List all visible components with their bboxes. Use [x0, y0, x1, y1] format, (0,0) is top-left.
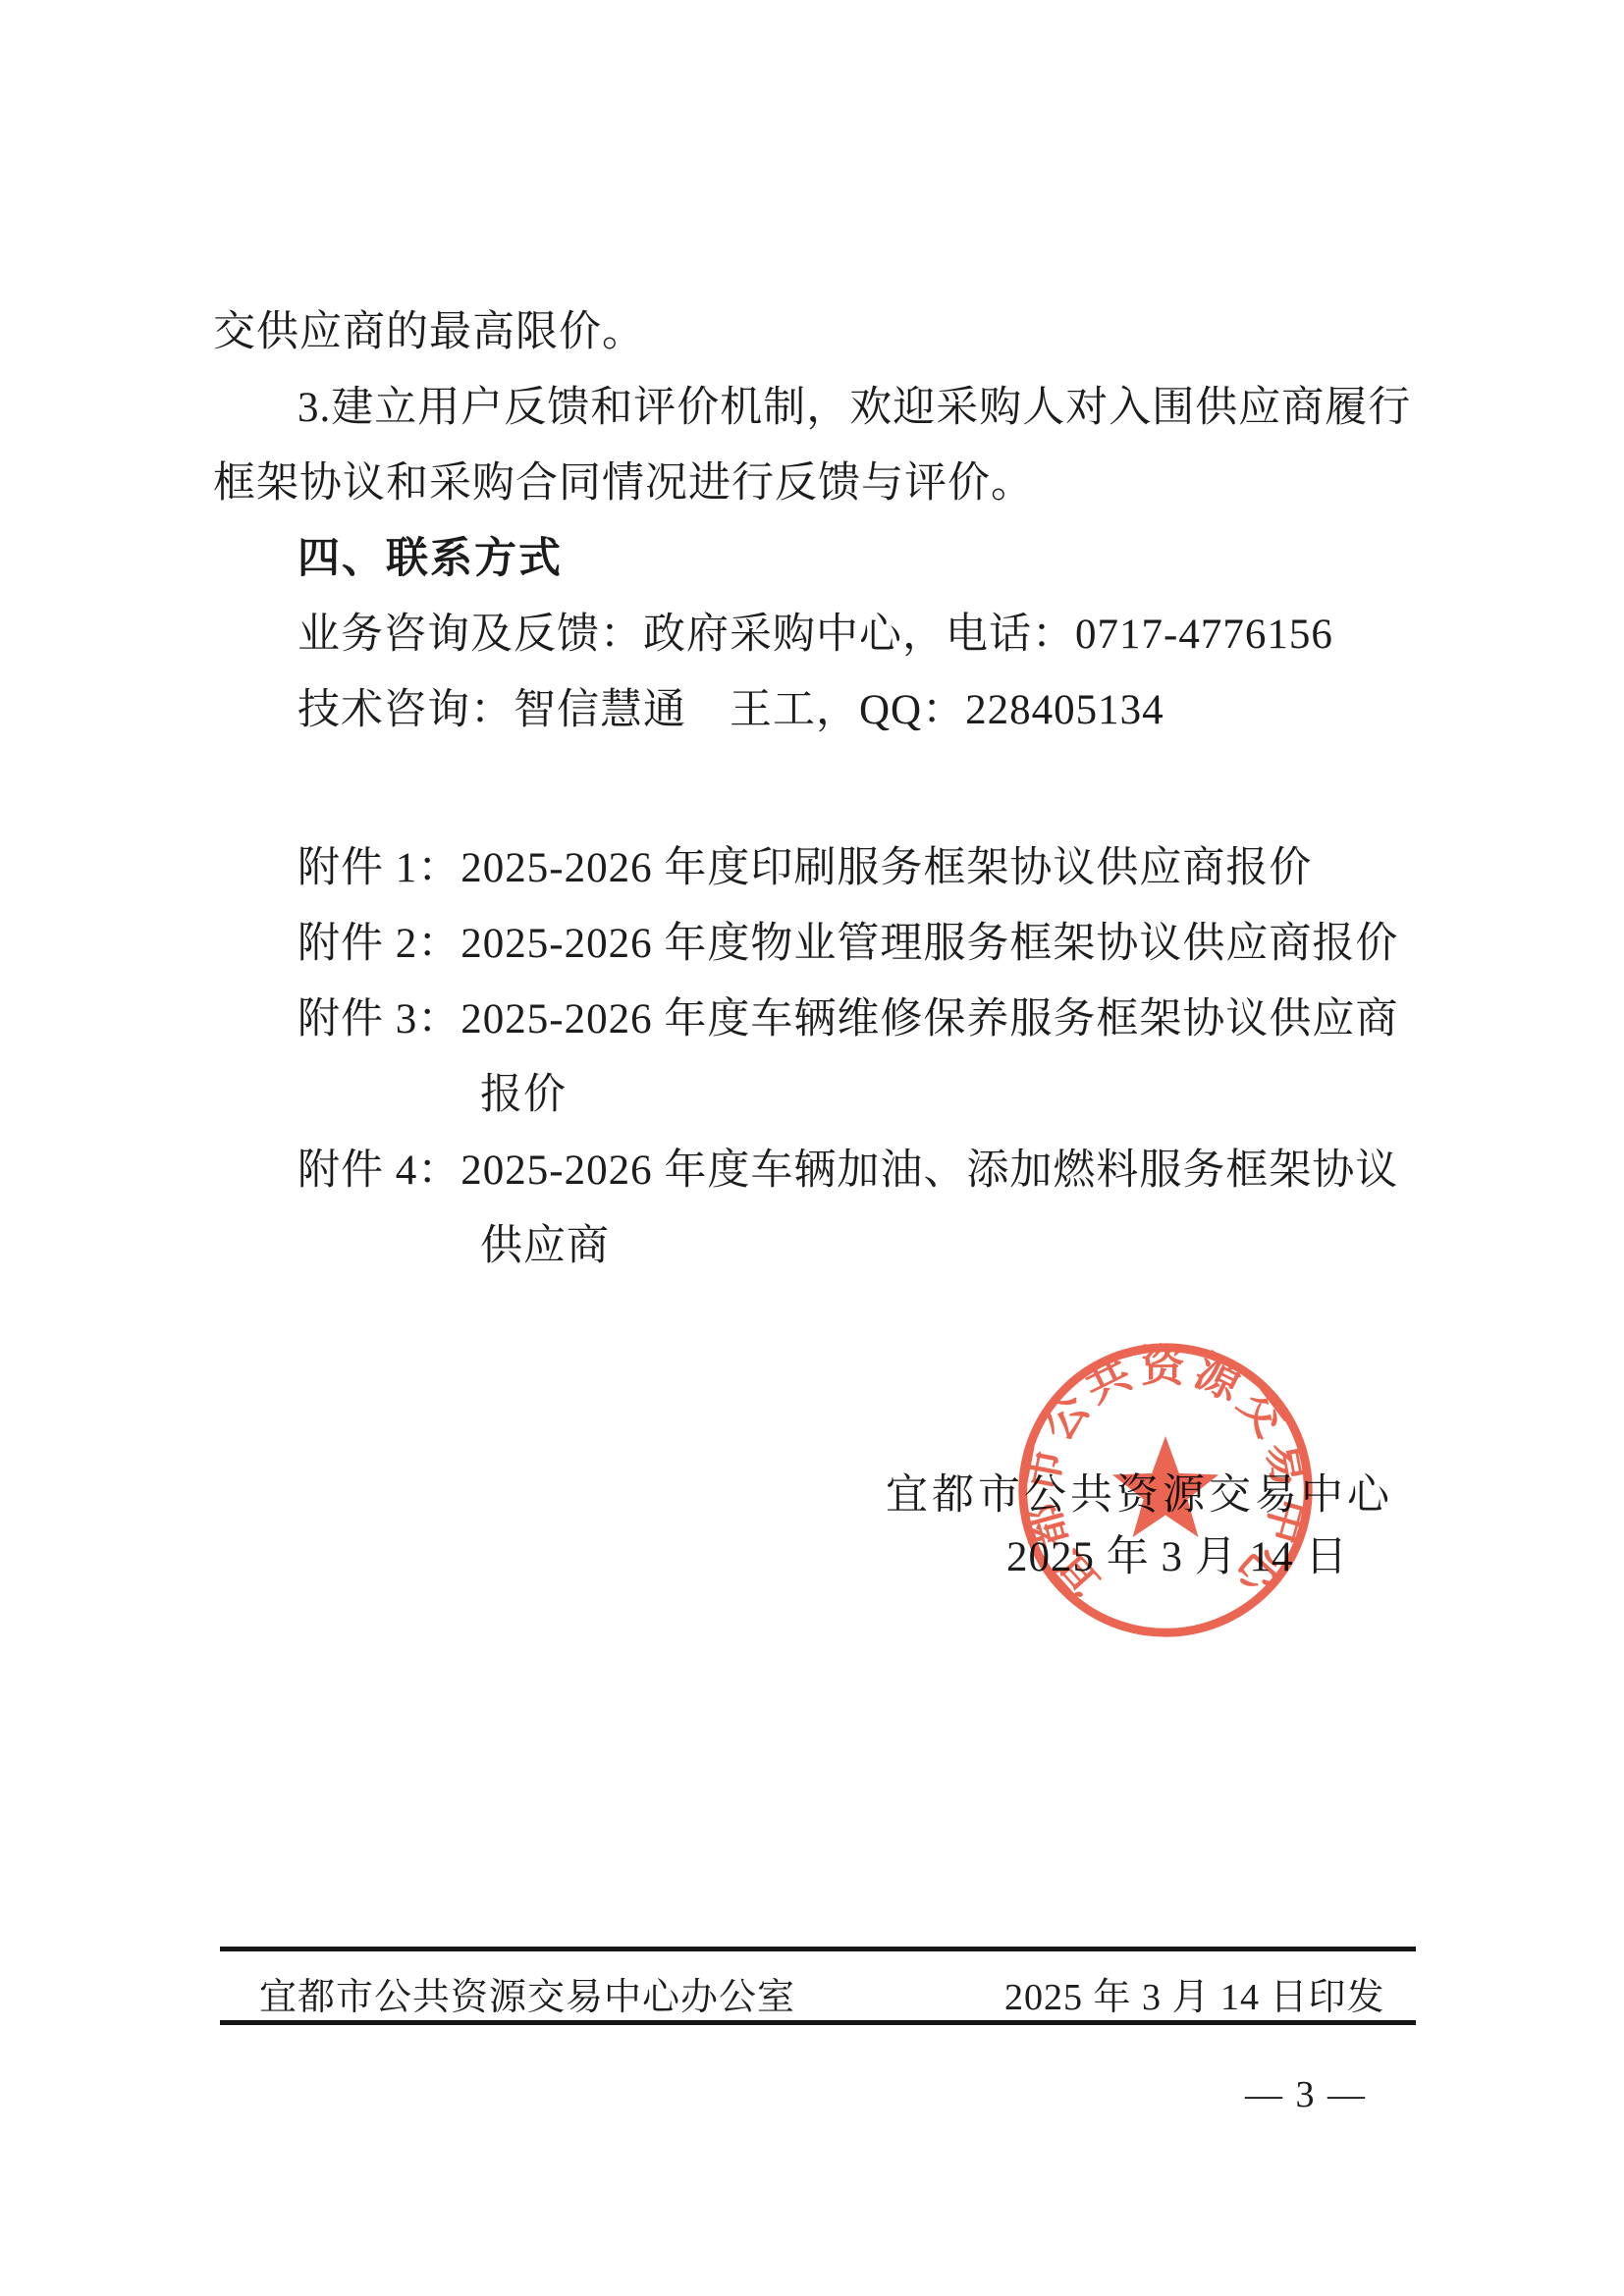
attachment-item: 附件 2：2025-2026 年度物业管理服务框架协议供应商报价	[298, 918, 1398, 971]
section-heading: 四、联系方式	[298, 533, 563, 586]
attachment-item-continuation: 报价	[480, 1069, 567, 1122]
footer-print-date: 2025 年 3 月 14 日印发	[1004, 1966, 1385, 2020]
paragraph-line: 框架协议和采购合同情况进行反馈与评价。	[213, 457, 1034, 510]
contact-technical-line: 技术咨询：智信慧通 王工，QQ：228405134	[298, 684, 1164, 737]
attachment-item: 附件 4：2025-2026 年度车辆加油、添加燃料服务框架协议	[298, 1145, 1398, 1198]
attachment-item: 附件 3：2025-2026 年度车辆维修保养服务框架协议供应商	[298, 993, 1398, 1046]
footer-issuing-office: 宜都市公共资源交易中心办公室	[259, 1966, 795, 2020]
document-page: 交供应商的最高限价。 3.建立用户反馈和评价机制，欢迎采购人对入围供应商履行 框…	[0, 0, 1624, 2296]
paragraph-line: 3.建立用户反馈和评价机制，欢迎采购人对入围供应商履行	[298, 382, 1411, 435]
signature-organization: 宜都市公共资源交易中心	[886, 1469, 1393, 1522]
page-number: — 3 —	[1213, 2073, 1399, 2116]
footer-rule-bottom	[220, 2020, 1416, 2025]
attachment-item-continuation: 供应商	[480, 1220, 610, 1273]
footer-rule-top	[220, 1947, 1416, 1951]
contact-business-line: 业务咨询及反馈：政府采购中心，电话：0717-4776156	[298, 609, 1333, 662]
attachment-item: 附件 1：2025-2026 年度印刷服务框架协议供应商报价	[298, 842, 1312, 895]
signature-date: 2025 年 3 月 14 日	[1006, 1531, 1348, 1584]
paragraph-line: 交供应商的最高限价。	[213, 306, 645, 359]
